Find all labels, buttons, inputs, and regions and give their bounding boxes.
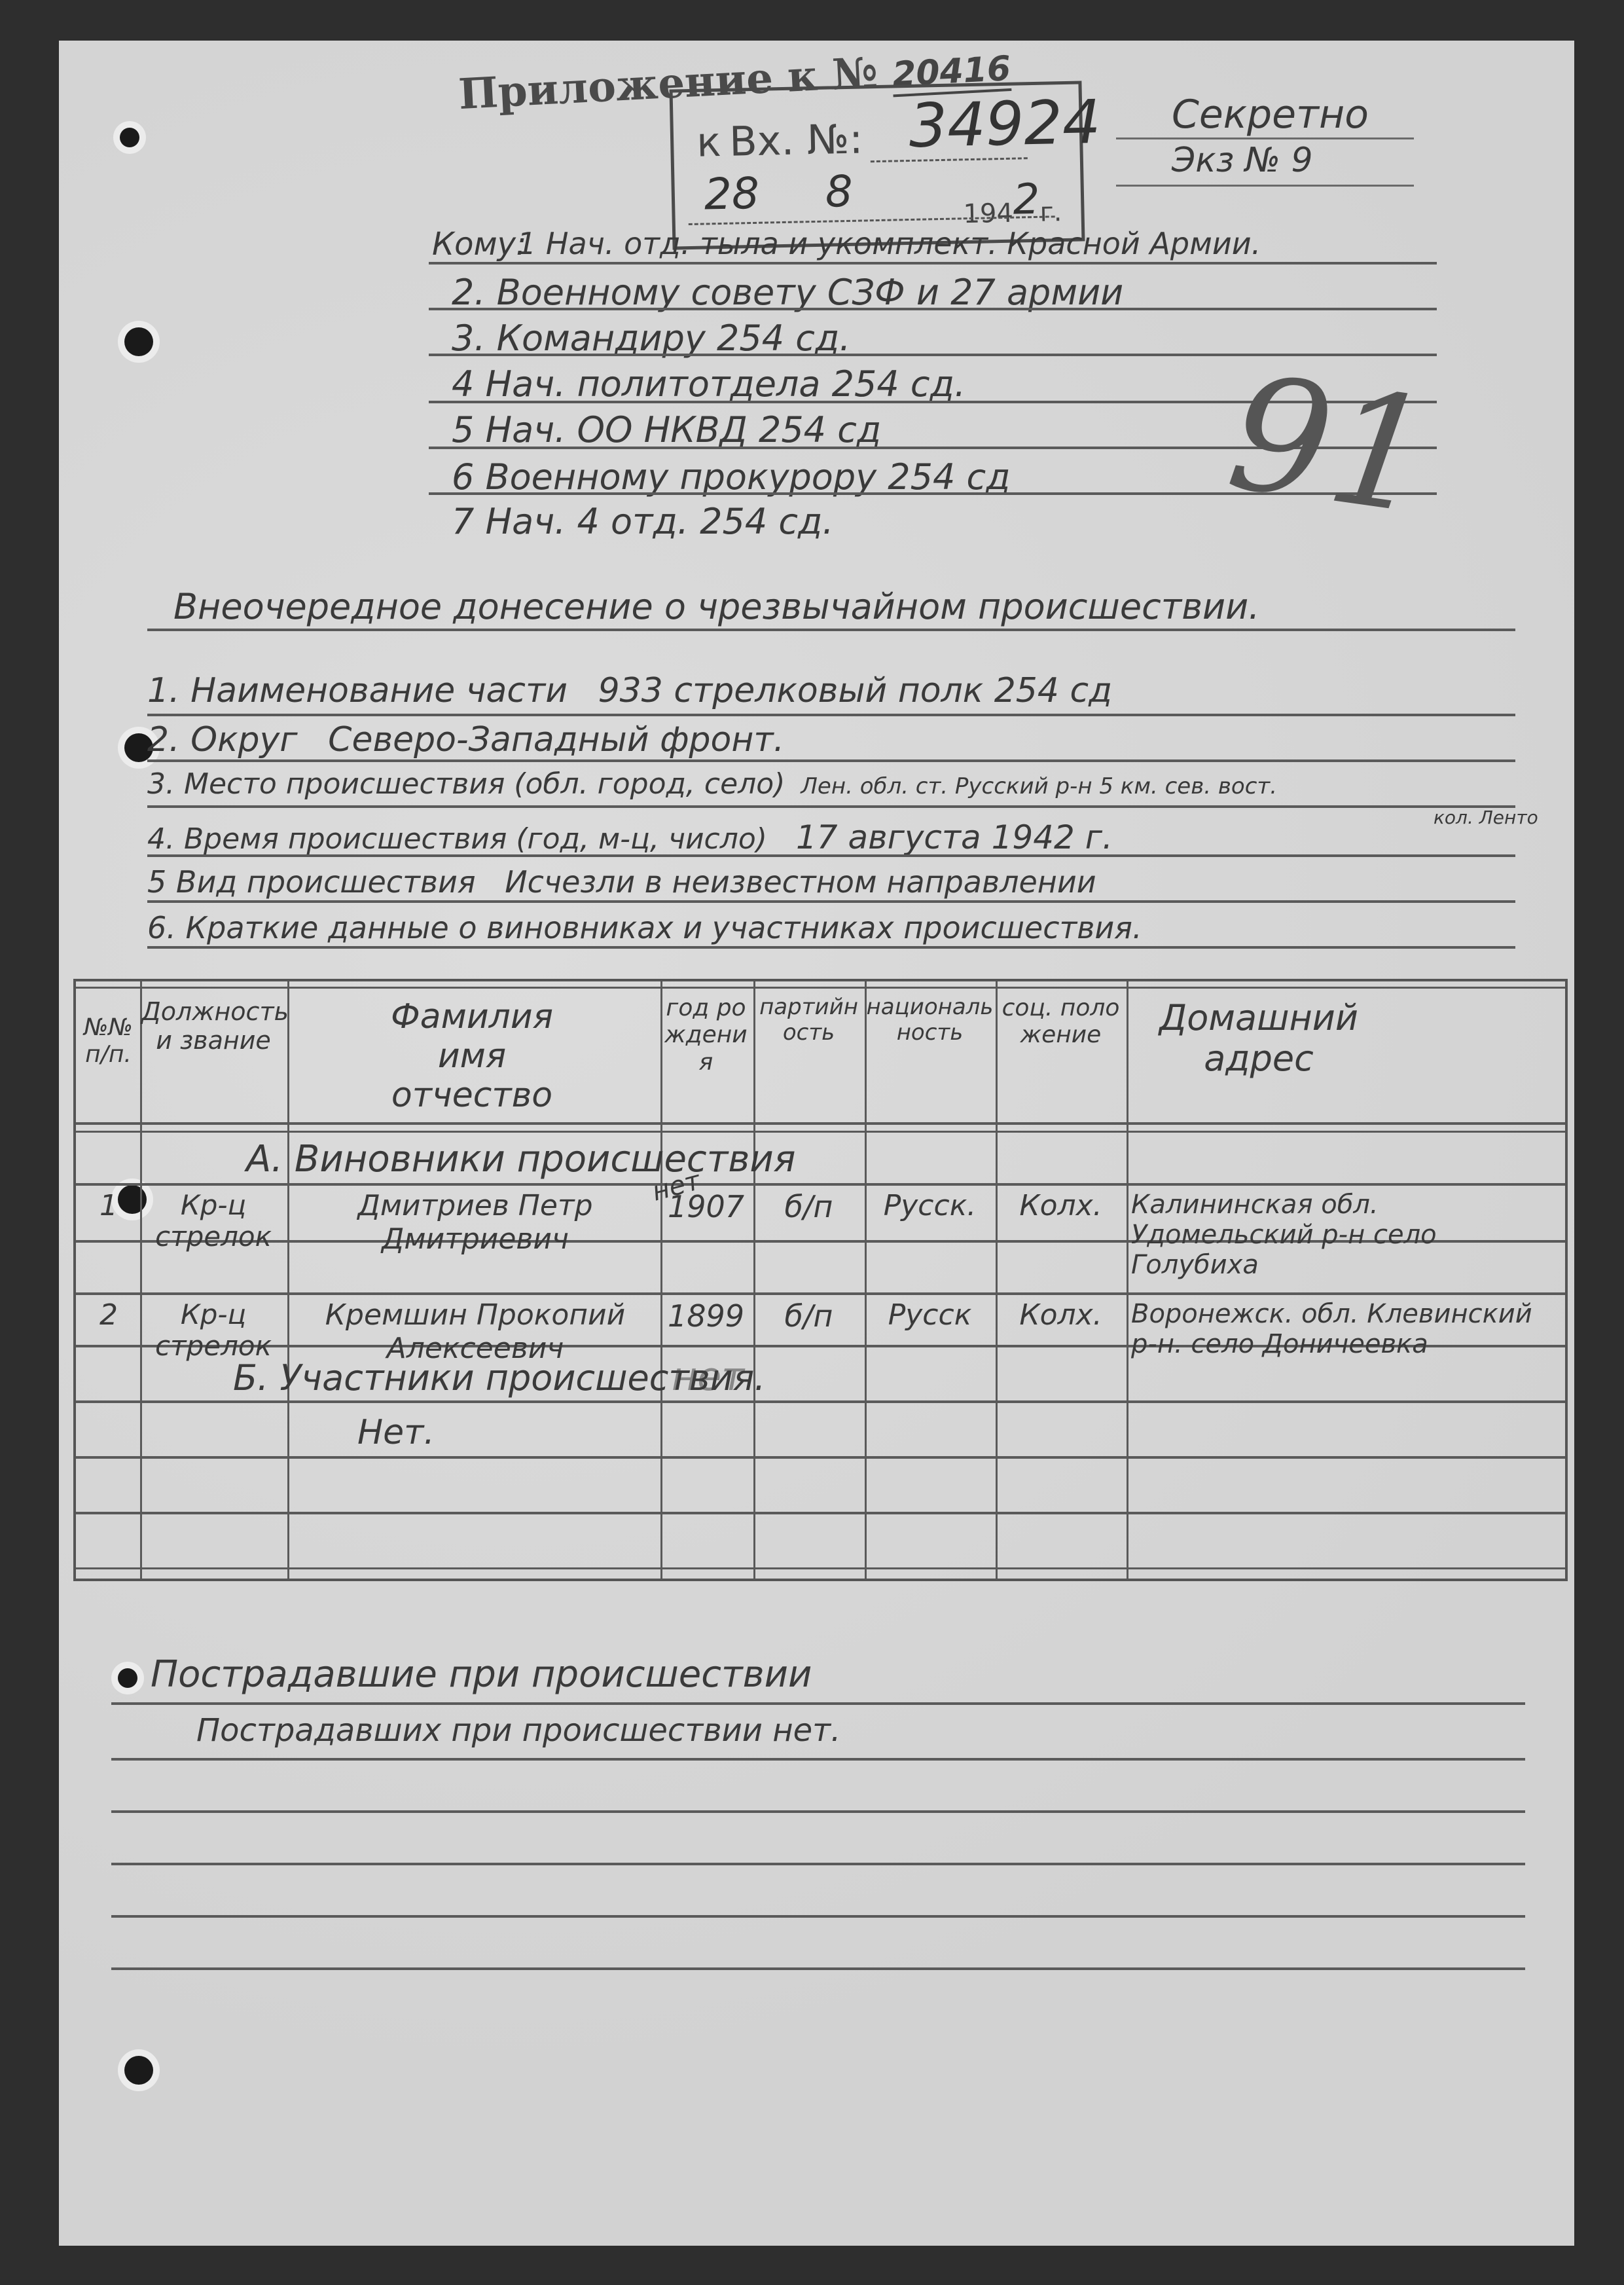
row2-social: Колх. xyxy=(997,1299,1125,1332)
row1-num: 1 xyxy=(82,1190,135,1223)
section-b-title: Б. Участники происшествия. xyxy=(233,1358,765,1398)
victims-title: Пострадавшие при происшествии xyxy=(151,1653,812,1696)
col-header-name: Фамилия имя отчество xyxy=(289,998,655,1115)
copy-number: Экз № 9 xyxy=(1172,141,1313,180)
row1-rank: Кр-ц стрелок xyxy=(141,1190,285,1253)
addressee-item: 3. Командиру 254 сд. xyxy=(452,318,850,359)
addressee-item: 5 Нач. ОО НКВД 254 сд xyxy=(452,409,881,450)
line xyxy=(76,1292,1565,1295)
line xyxy=(147,629,1515,631)
stamp-label: Вх. №: xyxy=(729,115,863,165)
section-a-title: А. Виновники происшествия xyxy=(246,1139,795,1180)
line xyxy=(111,1702,1525,1705)
row2-name: Кремшин Прокопий Алексеевич xyxy=(292,1299,659,1365)
line xyxy=(147,714,1515,716)
archive-sheet-number: 91 xyxy=(1221,354,1441,537)
punch-hole xyxy=(118,1668,137,1688)
line xyxy=(111,1758,1525,1761)
line xyxy=(76,987,1565,989)
field-annotation: кол. Ленто xyxy=(1434,807,1538,828)
line xyxy=(147,759,1515,762)
line xyxy=(111,1863,1525,1865)
line xyxy=(76,1122,1565,1125)
col-header-nationality: национальность xyxy=(866,995,994,1046)
victims-value: Пострадавших при происшествии нет. xyxy=(196,1712,840,1749)
line xyxy=(996,981,998,1579)
line xyxy=(76,1567,1565,1569)
line xyxy=(865,981,867,1579)
field-location: 3. Место происшествия (обл. город, село)… xyxy=(147,767,1277,801)
line xyxy=(76,1456,1565,1459)
field-district: 2. Округ Северо-Западный фронт. xyxy=(147,720,784,759)
addressee-item: 1 Нач. отд. тыла и укомплект. Красной Ар… xyxy=(517,226,1261,261)
participants-table: №№ п/п. Должность и звание Фамилия имя о… xyxy=(73,979,1568,1581)
row1-name: Дмитриев Петр Дмитриевич xyxy=(292,1190,659,1256)
line xyxy=(147,900,1515,903)
row1-nationality: Русск. xyxy=(866,1190,994,1223)
incoming-stamp: к Вх. №: 34924 28 8 1942г. xyxy=(670,81,1085,249)
stamp-prefix: к xyxy=(696,118,721,166)
row2-born: 1899 xyxy=(662,1299,750,1334)
addressee-item: 2. Военному совету СЗФ и 27 армии xyxy=(452,272,1123,313)
line xyxy=(140,981,142,1579)
line xyxy=(111,1915,1525,1918)
punch-hole xyxy=(124,327,153,356)
row2-party: б/п xyxy=(755,1299,863,1334)
addressee-item: 6 Военному прокурору 254 сд xyxy=(452,456,1011,498)
addressee-label: Кому: xyxy=(432,226,526,263)
field-type: 5 Вид происшествия Исчезли в неизвестном… xyxy=(147,864,1096,900)
line xyxy=(76,1512,1565,1514)
stamp-month: 8 xyxy=(825,166,854,217)
stamp-number: 34924 xyxy=(909,87,1102,161)
addressee-item: 4 Нач. политотдела 254 сд. xyxy=(452,363,965,405)
col-header-party: партийность xyxy=(755,995,863,1046)
field-time: 4. Время происшествия (год, м-ц, число) … xyxy=(147,818,1113,856)
row2-rank: Кр-ц стрелок xyxy=(141,1299,285,1362)
line xyxy=(111,1810,1525,1813)
line xyxy=(76,1183,1565,1186)
col-header-born: год рождения xyxy=(662,995,750,1076)
row2-nationality: Русск xyxy=(866,1299,994,1332)
row1-address: Калининская обл. Удомельский р-н село Го… xyxy=(1131,1190,1560,1280)
row2-address: Воронежск. обл. Клевинский р-н. село Дон… xyxy=(1131,1299,1560,1359)
line xyxy=(429,262,1437,265)
copy-underline xyxy=(1116,185,1414,187)
report-title: Внеочередное донесение о чрезвычайном пр… xyxy=(173,586,1259,627)
col-header-social: соц. положение xyxy=(997,995,1125,1049)
section-b-value: Нет. xyxy=(357,1414,435,1453)
line xyxy=(147,805,1515,808)
field-summary: 6. Краткие данные о виновниках и участни… xyxy=(147,910,1142,945)
addressee-item: 7 Нач. 4 отд. 254 сд. xyxy=(452,501,834,542)
row1-social: Колх. xyxy=(997,1190,1125,1223)
line xyxy=(753,981,755,1579)
col-header-num: №№ п/п. xyxy=(77,1014,139,1069)
line xyxy=(76,1131,1565,1133)
line xyxy=(76,1400,1565,1403)
row1-party: б/п xyxy=(755,1190,863,1224)
punch-hole xyxy=(120,128,139,147)
punch-hole xyxy=(124,2056,153,2085)
stamp-day: 28 xyxy=(704,168,760,220)
line xyxy=(429,308,1437,310)
col-header-address: Домашний адрес xyxy=(1128,998,1390,1079)
field-unit: 1. Наименование части 933 стрелковый пол… xyxy=(147,671,1112,710)
line xyxy=(111,1967,1525,1970)
col-header-rank: Должность и звание xyxy=(141,998,285,1055)
row2-num: 2 xyxy=(82,1299,135,1332)
classification-underline xyxy=(1116,137,1414,139)
line xyxy=(147,946,1515,949)
classification: Секретно xyxy=(1172,92,1369,137)
line xyxy=(147,854,1515,857)
